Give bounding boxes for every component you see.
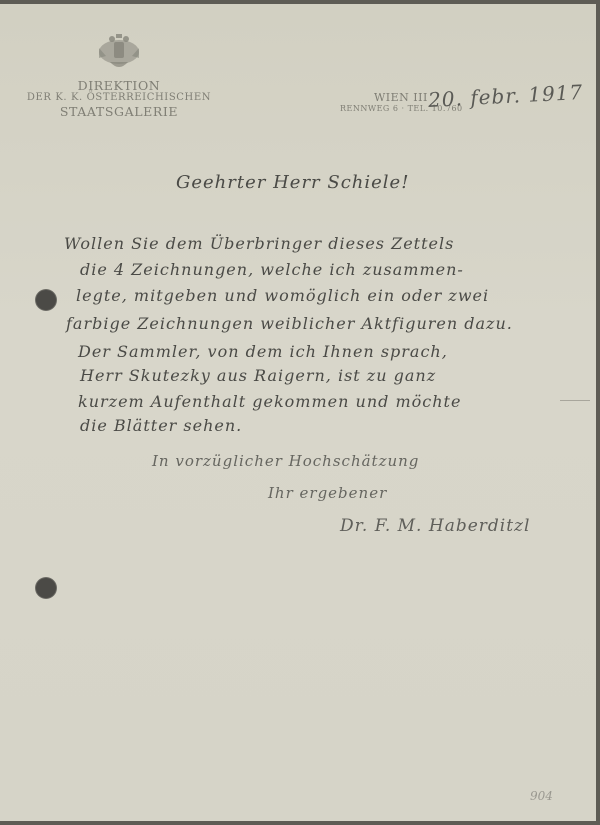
valediction: Ihr ergebener xyxy=(268,484,387,502)
body-line: die Blätter sehen. xyxy=(80,416,242,435)
body-line: Der Sammler, von dem ich Ihnen sprach, xyxy=(78,342,448,361)
letter-sheet: DIREKTION DER K. K. ÖSTERREICHISCHEN STA… xyxy=(0,4,596,821)
body-line: Herr Skutezky aus Raigern, ist zu ganz xyxy=(80,366,436,385)
letterhead-city: WIEN III xyxy=(374,91,428,104)
fold-mark xyxy=(560,400,590,401)
archive-folio-number: 904 xyxy=(530,789,553,803)
letterhead-institution: DER K. K. ÖSTERREICHISCHEN xyxy=(0,92,238,103)
signature: Dr. F. M. Haberditzl xyxy=(340,516,530,536)
punch-hole-top xyxy=(36,290,56,310)
body-line: kurzem Aufenthalt gekommen und möchte xyxy=(78,392,461,411)
body-line: farbige Zeichnungen weiblicher Aktfigure… xyxy=(66,314,513,333)
letter-date: 20. febr. 1917 xyxy=(427,80,583,112)
closing-phrase: In vorzüglicher Hochschätzung xyxy=(152,452,419,470)
body-line: legte, mitgeben und womöglich ein oder z… xyxy=(76,286,489,305)
letterhead-staatsgalerie: STAATSGALERIE xyxy=(0,104,238,119)
letterhead-direktion: DIREKTION xyxy=(0,78,238,93)
punch-hole-bottom xyxy=(36,578,56,598)
double-headed-eagle-crest-icon xyxy=(96,34,142,72)
salutation: Geehrter Herr Schiele! xyxy=(176,172,409,193)
body-line: die 4 Zeichnungen, welche ich zusammen- xyxy=(80,260,464,279)
body-line: Wollen Sie dem Überbringer dieses Zettel… xyxy=(64,234,454,253)
